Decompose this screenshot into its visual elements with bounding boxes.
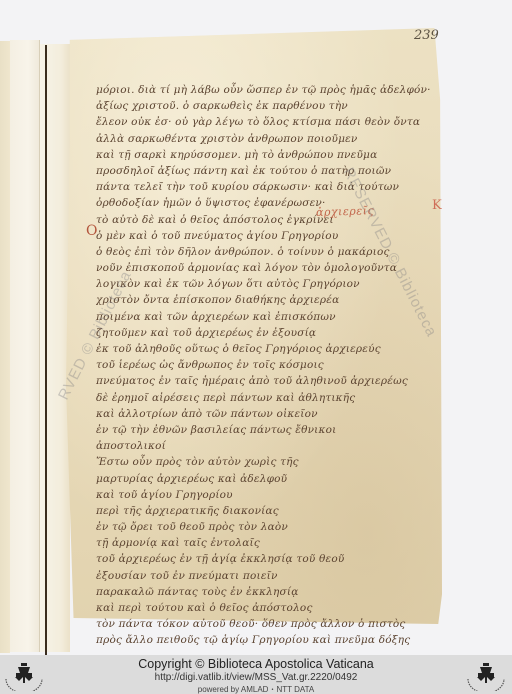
manuscript-line: τὸν πάντα τόκον αὐτοῦ θεοῦ· ὅθεν πρὸς ἄλ…: [96, 616, 436, 632]
manuscript-line: καὶ τοῦ ἁγίου Γρηγορίου: [96, 487, 436, 503]
rubric-initial: Ο: [86, 223, 97, 239]
manuscript-line: καὶ τῇ σαρκὶ κηρύσσομεν. μὴ τὸ ἀνθρώπου …: [96, 147, 436, 163]
manuscript-line: ποιμένα καὶ τῶν ἀρχιερέων καὶ ἐπισκόπων: [96, 309, 436, 325]
manuscript-line: μόριοι. διὰ τί μὴ λάβω οὖν ὥσπερ ἐν τῷ π…: [96, 82, 436, 98]
manuscript-line: Ἔστω οὖν πρὸς τὸν αὐτὸν χωρὶς τῆς: [96, 454, 436, 470]
manuscript-line: ἀξίως χριστοῦ. ὁ σαρκωθεὶς ἐκ παρθένου τ…: [96, 98, 436, 114]
manuscript-line: ἀλλὰ σαρκωθέντα χριστὸν ἀνθρωπον ποιοῦμε…: [96, 131, 436, 147]
manuscript-text: μόριοι. διὰ τί μὴ λάβω οὖν ὥσπερ ἐν τῷ π…: [96, 82, 436, 649]
copyright-text: Copyright © Biblioteca Apostolica Vatica…: [0, 657, 512, 671]
manuscript-line: καὶ περὶ τούτου καὶ ὁ θεῖος ἀπόστολος: [96, 600, 436, 616]
manuscript-line: καὶ ἀλλοτρίων ἀπὸ τῶν πάντων οἰκεῖον: [96, 406, 436, 422]
manuscript-line: τῇ ἀρμονίᾳ καὶ ταῖς ἐντολαῖς: [96, 535, 436, 551]
manuscript-line: χριστὸν ὄντα ἐπίσκοπον διαθήκης ἀρχιερέα: [96, 292, 436, 308]
binding-stub: [10, 40, 40, 652]
gutter-line: [45, 45, 47, 655]
manuscript-line: ἐξουσίαν τοῦ ἐν πνεύματι ποιεῖν: [96, 568, 436, 584]
previous-leaf-edge: [0, 41, 10, 653]
manuscript-line: ἔλεον οὐκ ἐσ· οὐ γὰρ λέγω τὸ ὅλος κτίσμα…: [96, 114, 436, 130]
manuscript-line: περὶ τῆς ἀρχιερατικῆς διακονίας: [96, 503, 436, 519]
vatican-library-seal-icon: [464, 659, 508, 691]
powered-by-text: powered by AMLAD・NTT DATA: [0, 684, 512, 694]
manuscript-line: τοῦ ἱερέως ὡς ἄνθρωπος ἐν τοῖς κόσμοις: [96, 357, 436, 373]
manuscript-line: προσδηλοῖ ἀξίως πάντη καὶ ἐκ τούτου ὁ πα…: [96, 163, 436, 179]
manuscript-line: ζητοῦμεν καὶ τοῦ ἀρχιερέως ἐν ἐξουσίᾳ: [96, 325, 436, 341]
manuscript-line: πνεύματος ἐν ταῖς ἡμέραις ἀπὸ τοῦ ἀληθιν…: [96, 373, 436, 389]
manuscript-line: ὀρθοδοξίαν ἡμῶν ὁ ὕψιστος ἐφανέρωσεν·: [96, 195, 436, 211]
folio-number: 239: [414, 28, 439, 43]
manuscript-line: παρακαλῶ πάντας τοὺς ἐν ἐκκλησίᾳ: [96, 584, 436, 600]
manuscript-line: πάντα τελεῖ τὴν τοῦ κυρίου σάρκωσιν· καὶ…: [96, 179, 436, 195]
manuscript-line: τοῦ ἀρχιερέως ἐν τῇ ἁγίᾳ ἐκκλησίᾳ τοῦ θε…: [96, 551, 436, 567]
manuscript-url[interactable]: http://digi.vatlib.it/view/MSS_Vat.gr.22…: [0, 672, 512, 683]
manuscript-line: λογικὸν καὶ ἐκ τῶν λόγων ὅτι αὐτὸς Γρηγό…: [96, 276, 436, 292]
margin-mark: Κ: [432, 198, 442, 213]
copyright-footer: Copyright © Biblioteca Apostolica Vatica…: [0, 655, 512, 694]
manuscript-line: μαρτυρίας ἀρχιερέως καὶ ἀδελφοῦ: [96, 471, 436, 487]
manuscript-line: ἐν τῷ ὄρει τοῦ θεοῦ πρὸς τὸν λαὸν: [96, 519, 436, 535]
manuscript-scan: 239 μόριοι. διὰ τί μὴ λάβω οὖν ὥσπερ ἐν …: [0, 0, 512, 655]
manuscript-line: ἐκ τοῦ ἀληθοῦς οὕτως ὁ θεῖος Γρηγόριος ἀ…: [96, 341, 436, 357]
manuscript-line: δὲ ἐρημοῖ αἱρέσεις περὶ πάντων καὶ ἀθλητ…: [96, 390, 436, 406]
manuscript-line: πρὸς ἄλλο πειθοῦς τῷ ἁγίῳ Γρηγορίου καὶ …: [96, 632, 436, 648]
manuscript-line: ἐν τῷ τὴν ἐθνῶν βασιλείας πάντως ἔθνικοι: [96, 422, 436, 438]
manuscript-line: ἀποστολικοί: [96, 438, 436, 454]
